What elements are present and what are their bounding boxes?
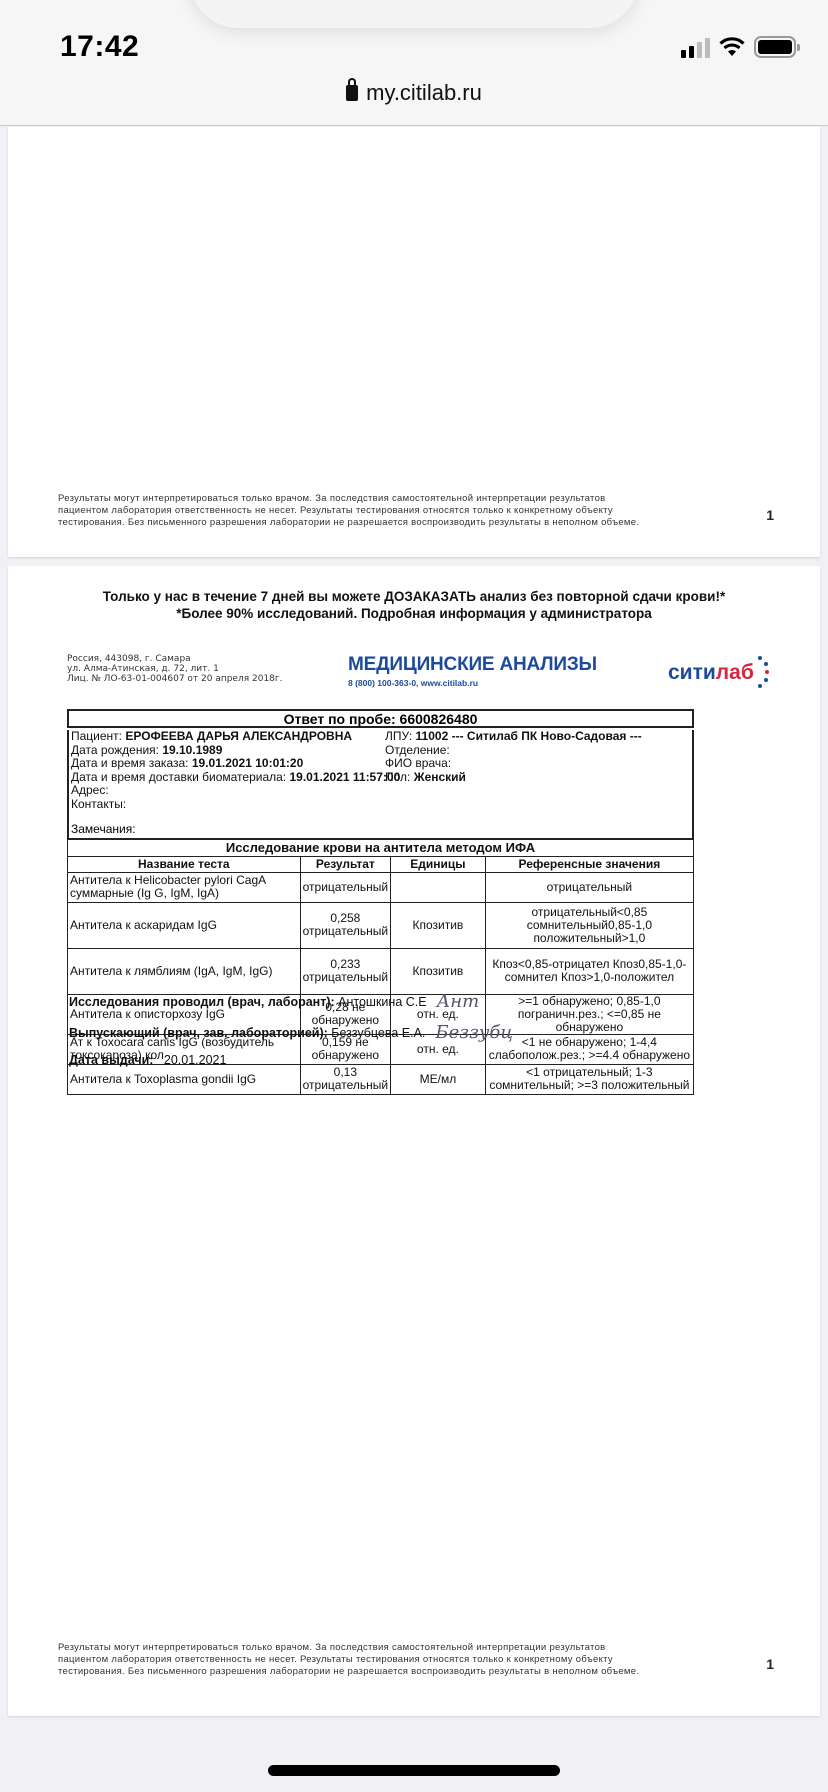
doctor-label: ФИО врача: bbox=[385, 757, 642, 771]
test-reference: Кпоз<0,85-отрицател Кпоз0,85-1,0-сомните… bbox=[485, 948, 693, 994]
test-reference: отрицательный bbox=[485, 872, 693, 902]
date-of-birth: 19.10.1989 bbox=[162, 743, 222, 757]
performed-by: Антошкина С.Е bbox=[338, 995, 426, 1009]
logo-dots-icon bbox=[758, 656, 772, 690]
test-result: 0,258 отрицательный bbox=[300, 902, 390, 948]
table-title: Исследование крови на антитела методом И… bbox=[68, 839, 694, 856]
header-reference: Референсные значения bbox=[485, 856, 693, 872]
brand-contacts: 8 (800) 100-363-0, www.citilab.ru bbox=[348, 678, 597, 688]
address-bar[interactable]: my.citilab.ru bbox=[0, 80, 828, 106]
test-units bbox=[391, 872, 486, 902]
test-reference: <1 отрицательный; 1-3 сомнительный; >=3 … bbox=[485, 1064, 693, 1094]
home-indicator[interactable] bbox=[268, 1765, 560, 1776]
patient-info: Пациент: ЕРОФЕЕВА ДАРЬЯ АЛЕКСАНДРОВНА Да… bbox=[67, 730, 694, 838]
test-name: Антитела к Helicobacter pylori CagA сумм… bbox=[68, 872, 301, 902]
address-label: Адрес: bbox=[71, 784, 400, 798]
delivery-datetime: 19.01.2021 11:57:00 bbox=[289, 770, 400, 784]
lab-address: Россия, 443098, г. Самара ул. Алма-Атинс… bbox=[67, 654, 283, 684]
status-icons bbox=[681, 36, 796, 58]
contacts-label: Контакты: bbox=[71, 798, 400, 812]
table-row: Антитела к аскаридам IgG0,258 отрицатель… bbox=[68, 902, 694, 948]
test-name: Антитела к аскаридам IgG bbox=[68, 902, 301, 948]
lock-icon bbox=[346, 85, 358, 101]
pdf-page-2: Только у нас в течение 7 дней вы можете … bbox=[8, 566, 820, 1716]
page-number: 1 bbox=[766, 507, 774, 523]
browser-chrome: 17:42 my.citilab.ru bbox=[0, 0, 828, 126]
table-row: Антитела к Helicobacter pylori CagA сумм… bbox=[68, 872, 694, 902]
pdf-page-1: Результаты могут интерпретироваться толь… bbox=[8, 127, 820, 557]
test-result: отрицательный bbox=[300, 872, 390, 902]
test-reference: >=1 обнаружено; 0,85-1,0 пограничн.рез.;… bbox=[485, 994, 693, 1034]
cellular-signal-icon bbox=[681, 36, 710, 58]
wifi-icon bbox=[718, 36, 746, 58]
tab-switcher-sheet[interactable] bbox=[190, 0, 638, 28]
brand-title: МЕДИЦИНСКИЕ АНАЛИЗЫ bbox=[348, 654, 597, 676]
promo-banner: Только у нас в течение 7 дней вы можете … bbox=[8, 588, 820, 622]
order-datetime: 19.01.2021 10:01:20 bbox=[192, 756, 303, 770]
test-reference: отрицательный<0,85 сомнительный0,85-1,0 … bbox=[485, 902, 693, 948]
remarks-label: Замечания: bbox=[71, 822, 136, 836]
sample-header: Ответ по пробе: 6600826480 bbox=[67, 709, 694, 728]
url-text: my.citilab.ru bbox=[366, 80, 482, 105]
released-by: Беззубцева Е.А. bbox=[331, 1026, 425, 1040]
page-number: 1 bbox=[766, 1656, 774, 1672]
header-units: Единицы bbox=[391, 856, 486, 872]
test-units: Кпозитив bbox=[391, 902, 486, 948]
signature-image: Ант bbox=[437, 991, 480, 1012]
patient-name: ЕРОФЕЕВА ДАРЬЯ АЛЕКСАНДРОВНА bbox=[125, 729, 352, 743]
lpu-value: 11002 --- Ситилаб ПК Ново-Садовая --- bbox=[416, 729, 642, 743]
issue-date: 20.01.2021 bbox=[164, 1053, 227, 1067]
department-label: Отделение: bbox=[385, 744, 642, 758]
signature-image: Беззубц bbox=[435, 1022, 513, 1043]
disclaimer: Результаты могут интерпретироваться толь… bbox=[58, 493, 718, 529]
citilab-logo: ситилаб bbox=[668, 656, 772, 690]
test-reference: <1 не обнаружено; 1-4,4 слабополож.рез.;… bbox=[485, 1034, 693, 1064]
battery-icon bbox=[754, 36, 796, 58]
brand-header: МЕДИЦИНСКИЕ АНАЛИЗЫ 8 (800) 100-363-0, w… bbox=[348, 654, 597, 688]
status-time: 17:42 bbox=[60, 30, 139, 64]
header-result: Результат bbox=[300, 856, 390, 872]
header-test-name: Название теста bbox=[68, 856, 301, 872]
disclaimer: Результаты могут интерпретироваться толь… bbox=[58, 1642, 718, 1678]
signatures: Исследования проводил (врач, лаборант): … bbox=[69, 986, 513, 1072]
sex-value: Женский bbox=[414, 770, 466, 784]
